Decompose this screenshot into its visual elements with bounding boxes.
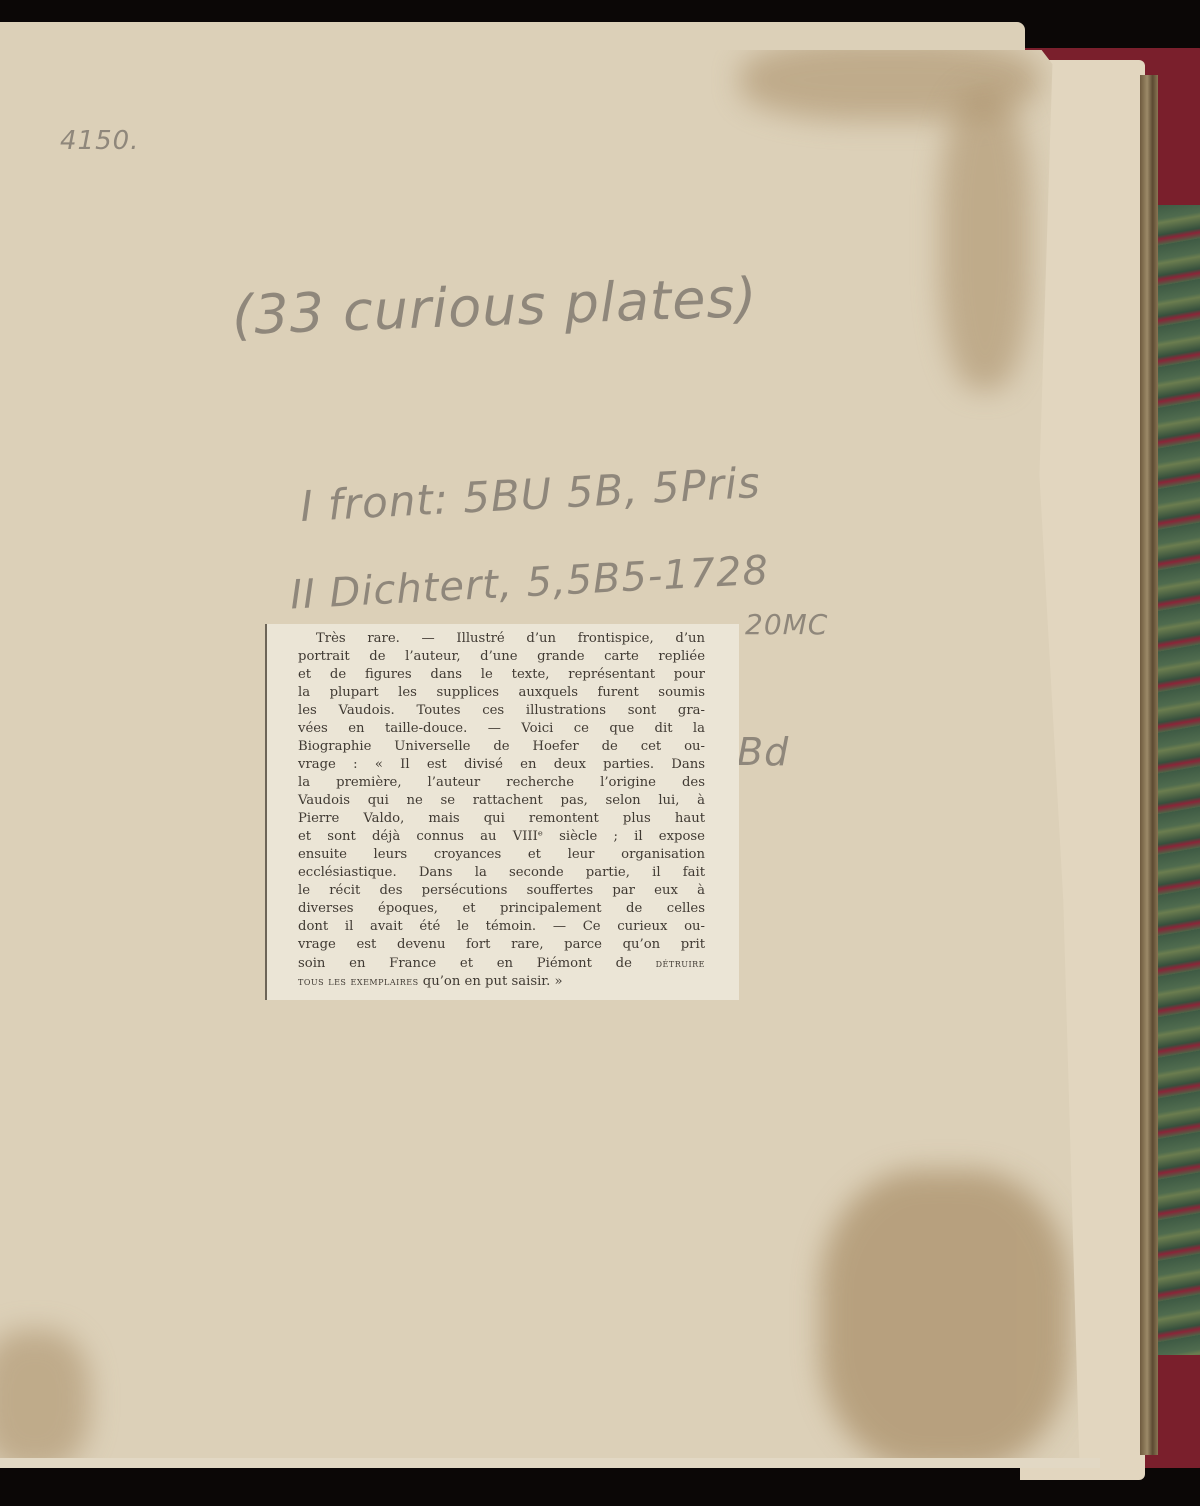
clipping-line: Biographie Universelle de Hoefer de cet … (298, 738, 705, 756)
clipping-line: ecclésiastique. Dans la seconde partie, … (298, 864, 705, 882)
clipping-smallcaps-run: détruire (656, 956, 705, 970)
clipping-line: et sont déjà connus au VIIIᵉ siècle ; il… (298, 828, 705, 846)
page-edges (1140, 75, 1158, 1455)
clipping-text-run: qu’on en put saisir. » (419, 974, 563, 989)
clipping-line: diverses époques, et principalement de c… (298, 900, 705, 918)
pencil-margin-note: Bd (737, 730, 789, 774)
clipping-line: soin en France et en Piémont de détruire (298, 954, 705, 972)
clipping-line: Vaudois qui ne se rattachent pas, selon … (298, 792, 705, 810)
catalogue-clipping: Très rare. — Illustré d’un frontispice, … (265, 624, 739, 1000)
clipping-line: Très rare. — Illustré d’un frontispice, … (298, 630, 705, 648)
stain-right-edge (940, 90, 1030, 390)
clipping-line: tous les exemplaires qu’on en put saisir… (298, 972, 705, 990)
clipping-line: le récit des persécutions souffertes par… (298, 882, 705, 900)
clipping-line: la première, l’auteur recherche l’origin… (298, 774, 705, 792)
pencil-right-note: 20MC (745, 608, 828, 641)
clipping-line: et de figures dans le texte, représentan… (298, 666, 705, 684)
clipping-line: vrage : « Il est divisé en deux parties.… (298, 756, 705, 774)
cover-marble-paper (1158, 205, 1200, 1355)
stain-bottom-right (820, 1170, 1070, 1470)
clipping-smallcaps-run: tous les exemplaires (298, 974, 419, 988)
clipping-line: vrage est devenu fort rare, parce qu’on … (298, 936, 705, 954)
page-bottom-fold (0, 1458, 1100, 1468)
clipping-text-run: soin en France et en Piémont de (298, 956, 656, 971)
clipping-line: portrait de l’auteur, d’une grande carte… (298, 648, 705, 666)
clipping-line: les Vaudois. Toutes ces illustrations so… (298, 702, 705, 720)
clipping-line: dont il avait été le témoin. — Ce curieu… (298, 918, 705, 936)
clipping-text: Très rare. — Illustré d’un frontispice, … (298, 630, 705, 990)
clipping-line: Pierre Valdo, mais qui remontent plus ha… (298, 810, 705, 828)
pencil-catalog-number: 4150. (60, 126, 139, 156)
clipping-line: la plupart les supplices auxquels furent… (298, 684, 705, 702)
stain-bottom-left (0, 1330, 90, 1470)
clipping-line: ensuite leurs croyances et leur organisa… (298, 846, 705, 864)
clipping-line: vées en taille-douce. — Voici ce que dit… (298, 720, 705, 738)
